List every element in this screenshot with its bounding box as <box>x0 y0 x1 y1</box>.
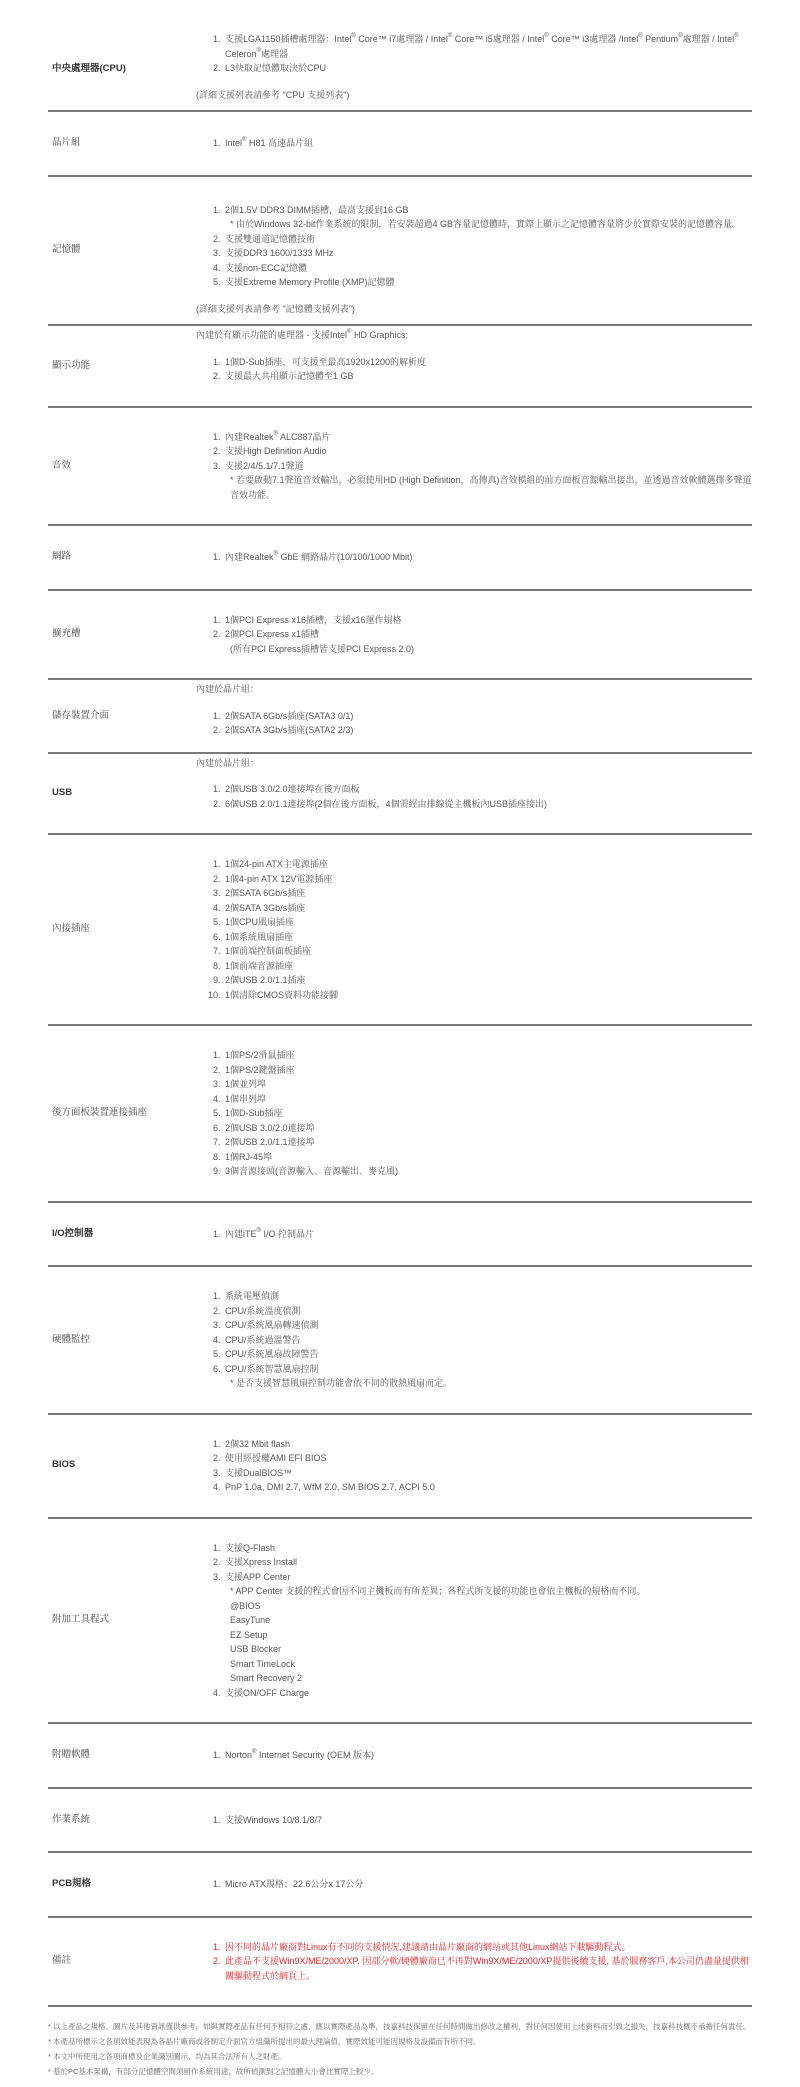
list-item: 內建Realtek® GbE 網路晶片(10/100/1000 Mbit) <box>223 550 752 565</box>
list-item-note: * 若要啟動7.1聲道音效輸出，必須使用HD (High Definition，… <box>225 473 752 502</box>
spec-row-memory: 記憶體 2個1.5V DDR3 DIMM插槽，最高支援到16 GB* 由於Win… <box>48 177 752 327</box>
app-center-app: Smart Recovery 2 <box>225 1671 752 1686</box>
row-content: Intel® H81 高速晶片組 <box>196 112 752 175</box>
list-item: 內建Realtek® ALC887晶片 <box>223 430 752 445</box>
row-label: 備註 <box>48 1954 196 1969</box>
row-label: 後方面板裝置連接插座 <box>48 1106 196 1121</box>
spec-list: Intel® H81 高速晶片組 <box>196 136 752 151</box>
list-item: 1個PCI Express x16插槽，支援x16運作規格 <box>223 613 752 628</box>
list-item: CPU/系統溫度偵測 <box>223 1304 752 1319</box>
row-content: 1個PS/2滑鼠插座 1個PS/2鍵盤插座 1個並列埠 1個串列埠 1個D-Su… <box>196 1026 752 1201</box>
row-content: 支援LGA1150插槽處理器：Intel® Core™ i7處理器 / Inte… <box>196 28 752 110</box>
storage-intro: 內建於晶片組： <box>196 682 752 697</box>
list-item: L3快取記憶體取決於CPU <box>223 61 752 76</box>
list-item: 支援DualBIOS™ <box>223 1466 752 1481</box>
list-item: 支援最大共用顯示記憶體至1 GB <box>223 369 752 384</box>
spec-list: 1個PCI Express x16插槽，支援x16運作規格 2個PCI Expr… <box>196 613 752 657</box>
row-label: 附贈軟體 <box>48 1748 196 1763</box>
app-center-app: USB Blocker <box>225 1642 752 1657</box>
list-item: Intel® H81 高速晶片組 <box>223 136 752 151</box>
spec-row-bundled-software: 附贈軟體 Norton® Internet Security (OEM 版本) <box>48 1724 752 1789</box>
list-item: 1個前端音源插座 <box>223 959 752 974</box>
spec-list: 1個24-pin ATX主電源插座 1個4-pin ATX 12V電源插座 2個… <box>196 857 752 1002</box>
spec-list: 2個32 Mbit flash 使用經授權AMI EFI BIOS 支援Dual… <box>196 1437 752 1495</box>
row-content: Micro ATX規格；22.6公分x 17公分 <box>196 1853 752 1916</box>
spec-list: Micro ATX規格；22.6公分x 17公分 <box>196 1877 752 1892</box>
spec-row-audio: 音效 內建Realtek® ALC887晶片 支援High Definition… <box>48 408 752 527</box>
list-item: 1個PS/2滑鼠插座 <box>223 1048 752 1063</box>
row-label: 儲存裝置介面 <box>48 709 196 724</box>
list-item: 1個24-pin ATX主電源插座 <box>223 857 752 872</box>
list-item: 2個USB 3.0/2.0連接埠在後方面板 <box>223 782 752 797</box>
row-label: 擴充槽 <box>48 627 196 642</box>
app-center-app: EZ Setup <box>225 1628 752 1643</box>
list-item: Micro ATX規格；22.6公分x 17公分 <box>223 1877 752 1892</box>
list-item: 支援LGA1150插槽處理器：Intel® Core™ i7處理器 / Inte… <box>223 32 752 61</box>
spec-list: 內建iTE® I/O 控制晶片 <box>196 1227 752 1242</box>
spec-row-internal-connectors: 內接插座 1個24-pin ATX主電源插座 1個4-pin ATX 12V電源… <box>48 835 752 1026</box>
app-center-app: EasyTune <box>225 1613 752 1628</box>
row-label: 附加工具程式 <box>48 1613 196 1628</box>
list-item: 2個SATA 3Gb/s插座 <box>223 901 752 916</box>
usb-intro: 內建於晶片組： <box>196 756 752 771</box>
row-content: 1個24-pin ATX主電源插座 1個4-pin ATX 12V電源插座 2個… <box>196 835 752 1024</box>
row-label: BIOS <box>48 1458 196 1473</box>
memory-support-list-note: (詳細支援列表請參考 "記憶體支援列表") <box>196 302 752 317</box>
row-content: 內建於晶片組： 2個USB 3.0/2.0連接埠在後方面板 6個USB 2.0/… <box>196 754 752 834</box>
footnote: * 以上產品之規格、圖片及其他資訊僅供參考，如與實際產品有任何不相符之處，應以實… <box>48 2019 752 2034</box>
spec-row-cpu: 中央處理器(CPU) 支援LGA1150插槽處理器：Intel® Core™ i… <box>48 28 752 112</box>
list-item: 1個4-pin ATX 12V電源插座 <box>223 872 752 887</box>
list-item: PnP 1.0a, DMI 2.7, WfM 2.0, SM BIOS 2.7,… <box>223 1480 752 1495</box>
list-item: CPU/系統風扇故障警告 <box>223 1347 752 1362</box>
list-item: 支援ON/OFF Charge <box>223 1686 752 1701</box>
list-item: 2個USB 2.0/1.1連接埠 <box>223 1135 752 1150</box>
list-item-text: 支援2/4/5.1/7.1聲道 <box>225 461 304 471</box>
spec-row-remark: 備註 因不同的晶片廠商對Linux有不同的支援情況,建議請由晶片廠商的網站或其他… <box>48 1918 752 2008</box>
spec-list: Norton® Internet Security (OEM 版本) <box>196 1748 752 1763</box>
spec-list: 因不同的晶片廠商對Linux有不同的支援情況,建議請由晶片廠商的網站或其他Lin… <box>196 1940 752 1984</box>
spec-row-storage: 儲存裝置介面 內建於晶片組： 2個SATA 6Gb/s插座(SATA3 0/1)… <box>48 680 752 754</box>
list-item: 2個SATA 6Gb/s插座 <box>223 886 752 901</box>
spec-list: 內建Realtek® ALC887晶片 支援High Definition Au… <box>196 430 752 503</box>
list-item: 6個USB 2.0/1.1連接埠(2個在後方面板，4個需經由排線從主機板內USB… <box>223 797 752 812</box>
spec-row-operating-system: 作業系統 支援Windows 10/8.1/8/7 <box>48 1789 752 1854</box>
list-item: 1個並列埠 <box>223 1077 752 1092</box>
list-item: 1個RJ-45埠 <box>223 1150 752 1165</box>
list-item: 2個SATA 3Gb/s插座(SATA2 2/3) <box>223 723 752 738</box>
list-item: 2個1.5V DDR3 DIMM插槽，最高支援到16 GB* 由於Windows… <box>223 203 752 232</box>
display-intro: 內建於有顯示功能的處理器 - 支援Intel® HD Graphics: <box>196 328 752 343</box>
list-item: CPU/系統過溫警告 <box>223 1333 752 1348</box>
list-item: 支援2/4/5.1/7.1聲道* 若要啟動7.1聲道音效輸出，必須使用HD (H… <box>223 459 752 503</box>
row-content: 內建Realtek® ALC887晶片 支援High Definition Au… <box>196 408 752 525</box>
spec-row-chipset: 晶片組 Intel® H81 高速晶片組 <box>48 112 752 177</box>
row-label: 網路 <box>48 550 196 565</box>
footnote: * 本文中所使用之各項商標及企業識別圖示，均為其合法所有人之財產。 <box>48 2049 752 2064</box>
list-item: 內建iTE® I/O 控制晶片 <box>223 1227 752 1242</box>
list-item: 支援Extreme Memory Profile (XMP)記憶體 <box>223 275 752 290</box>
list-item: 2個SATA 6Gb/s插座(SATA3 0/1) <box>223 709 752 724</box>
list-item-text: CPU/系統智慧風扇控制 <box>225 1364 319 1374</box>
list-item: 因不同的晶片廠商對Linux有不同的支援情況,建議請由晶片廠商的網站或其他Lin… <box>223 1940 752 1955</box>
spec-list: 支援LGA1150插槽處理器：Intel® Core™ i7處理器 / Inte… <box>196 32 752 76</box>
list-item-text: 2個PCI Express x1插槽 <box>225 629 319 639</box>
row-label: PCB規格 <box>48 1877 196 1892</box>
list-item: 2個PCI Express x1插槽(所有PCI Express插槽皆支援PCI… <box>223 627 752 656</box>
list-item: 1個D-Sub插座，可支援至最高1920x1200的解析度 <box>223 355 752 370</box>
list-item-text: 支援APP Center <box>225 1572 290 1582</box>
row-content: 因不同的晶片廠商對Linux有不同的支援情況,建議請由晶片廠商的網站或其他Lin… <box>196 1918 752 2006</box>
list-item: 支援雙通道記憶體技術 <box>223 232 752 247</box>
row-label: 內接插座 <box>48 922 196 937</box>
row-content: 2個32 Mbit flash 使用經授權AMI EFI BIOS 支援Dual… <box>196 1415 752 1517</box>
list-item: 支援Windows 10/8.1/8/7 <box>223 1813 752 1828</box>
list-item: 支援DDR3 1600/1333 MHz <box>223 246 752 261</box>
row-content: 支援Windows 10/8.1/8/7 <box>196 1789 752 1852</box>
row-content: 支援Q-Flash 支援Xpress Install 支援APP Center … <box>196 1519 752 1723</box>
spec-row-unique-features: 附加工具程式 支援Q-Flash 支援Xpress Install 支援APP … <box>48 1519 752 1725</box>
cpu-support-list-note: (詳細支援列表請參考 "CPU 支援列表") <box>196 88 752 103</box>
spec-row-usb: USB 內建於晶片組： 2個USB 3.0/2.0連接埠在後方面板 6個USB … <box>48 754 752 836</box>
spec-list: 支援Windows 10/8.1/8/7 <box>196 1813 752 1828</box>
row-content: 內建Realtek® GbE 網路晶片(10/100/1000 Mbit) <box>196 526 752 589</box>
footnote: * 基於PC基本架構，有部分記憶體空間須留作系統用途，故所偵測到之記憶體大小會比… <box>48 2064 752 2079</box>
spec-list: 1個PS/2滑鼠插座 1個PS/2鍵盤插座 1個並列埠 1個串列埠 1個D-Su… <box>196 1048 752 1179</box>
row-label: 記憶體 <box>48 243 196 258</box>
app-center-app: @BIOS <box>225 1599 752 1614</box>
list-item: 支援APP Center * APP Center 支援的程式會因不同主機板而有… <box>223 1570 752 1686</box>
row-label: 硬體監控 <box>48 1333 196 1348</box>
row-label: 晶片組 <box>48 136 196 151</box>
list-item: CPU/系統風扇轉速偵測 <box>223 1318 752 1333</box>
row-label: USB <box>48 786 196 801</box>
row-label: 作業系統 <box>48 1813 196 1828</box>
spec-list: 1個D-Sub插座，可支援至最高1920x1200的解析度 支援最大共用顯示記憶… <box>196 355 752 384</box>
list-item: 系統電壓偵測 <box>223 1289 752 1304</box>
list-item: 此產品不支援Win9X/ME/2000/XP, 因部分軟/硬體廠商已不再對Win… <box>223 1954 752 1983</box>
list-item: CPU/系統智慧風扇控制* 是否支援智慧風扇控制功能會依不同的散熱風扇而定。 <box>223 1362 752 1391</box>
spec-row-back-panel: 後方面板裝置連接插座 1個PS/2滑鼠插座 1個PS/2鍵盤插座 1個並列埠 1… <box>48 1026 752 1203</box>
row-label: 顯示功能 <box>48 359 196 374</box>
list-item: 使用經授權AMI EFI BIOS <box>223 1451 752 1466</box>
list-item-note: * APP Center 支援的程式會因不同主機板而有所差異；各程式所支援的功能… <box>225 1584 752 1599</box>
list-item: 2個USB 2.0/1.1插座 <box>223 973 752 988</box>
list-item: 1個D-Sub插座 <box>223 1106 752 1121</box>
list-item: 2個USB 3.0/2.0連接埠 <box>223 1121 752 1136</box>
list-item: 支援non-ECC記憶體 <box>223 261 752 276</box>
footnote: * 本產品所標示之各項效能表現為各晶片廠商或各制定介面官方組織所提出的最大理論值… <box>48 2034 752 2049</box>
row-content: 內建於有顯示功能的處理器 - 支援Intel® HD Graphics: 1個D… <box>196 326 752 406</box>
spec-list: 2個USB 3.0/2.0連接埠在後方面板 6個USB 2.0/1.1連接埠(2… <box>196 782 752 811</box>
spec-row-expansion-slots: 擴充槽 1個PCI Express x16插槽，支援x16運作規格 2個PCI … <box>48 591 752 681</box>
spec-row-form-factor: PCB規格 Micro ATX規格；22.6公分x 17公分 <box>48 1853 752 1918</box>
list-item-note: * 是否支援智慧風扇控制功能會依不同的散熱風扇而定。 <box>225 1376 752 1391</box>
list-item: 1個前端控制面板插座 <box>223 944 752 959</box>
row-label: 中央處理器(CPU) <box>48 62 196 77</box>
list-item: 3個音源接頭(音源輸入、音源輸出、麥克風) <box>223 1164 752 1179</box>
row-content: 2個1.5V DDR3 DIMM插槽，最高支援到16 GB* 由於Windows… <box>196 177 752 325</box>
list-item: 支援Xpress Install <box>223 1555 752 1570</box>
list-item: 2個32 Mbit flash <box>223 1437 752 1452</box>
list-item: 支援High Definition Audio <box>223 444 752 459</box>
spec-list: 2個SATA 6Gb/s插座(SATA3 0/1) 2個SATA 3Gb/s插座… <box>196 709 752 738</box>
row-label: 音效 <box>48 459 196 474</box>
list-item: 1個串列埠 <box>223 1092 752 1107</box>
spec-list: 2個1.5V DDR3 DIMM插槽，最高支援到16 GB* 由於Windows… <box>196 203 752 290</box>
spec-row-io-controller: I/O控制器 內建iTE® I/O 控制晶片 <box>48 1203 752 1268</box>
spec-list: 系統電壓偵測 CPU/系統溫度偵測 CPU/系統風扇轉速偵測 CPU/系統過溫警… <box>196 1289 752 1391</box>
spec-row-bios: BIOS 2個32 Mbit flash 使用經授權AMI EFI BIOS 支… <box>48 1415 752 1519</box>
app-center-app: Smart TimeLock <box>225 1657 752 1672</box>
spec-table: 中央處理器(CPU) 支援LGA1150插槽處理器：Intel® Core™ i… <box>48 28 752 2007</box>
row-content: 系統電壓偵測 CPU/系統溫度偵測 CPU/系統風扇轉速偵測 CPU/系統過溫警… <box>196 1267 752 1413</box>
spec-row-display: 顯示功能 內建於有顯示功能的處理器 - 支援Intel® HD Graphics… <box>48 326 752 408</box>
spec-row-hardware-monitor: 硬體監控 系統電壓偵測 CPU/系統溫度偵測 CPU/系統風扇轉速偵測 CPU/… <box>48 1267 752 1415</box>
list-item: 支援Q-Flash <box>223 1541 752 1556</box>
row-content: 1個PCI Express x16插槽，支援x16運作規格 2個PCI Expr… <box>196 591 752 679</box>
list-item: 1個CPU風扇插座 <box>223 915 752 930</box>
list-item: 1個PS/2鍵盤插座 <box>223 1063 752 1078</box>
spec-row-lan: 網路 內建Realtek® GbE 網路晶片(10/100/1000 Mbit) <box>48 526 752 591</box>
list-item-text: 2個1.5V DDR3 DIMM插槽，最高支援到16 GB <box>225 205 409 215</box>
row-content: 內建iTE® I/O 控制晶片 <box>196 1203 752 1266</box>
row-content: 內建於晶片組： 2個SATA 6Gb/s插座(SATA3 0/1) 2個SATA… <box>196 680 752 752</box>
spec-list: 支援Q-Flash 支援Xpress Install 支援APP Center … <box>196 1541 752 1701</box>
spec-list: 內建Realtek® GbE 網路晶片(10/100/1000 Mbit) <box>196 550 752 565</box>
row-content: Norton® Internet Security (OEM 版本) <box>196 1724 752 1787</box>
list-item: 1個清除CMOS資料功能接腳 <box>223 988 752 1003</box>
list-item: 1個系統風扇插座 <box>223 930 752 945</box>
footnotes: * 以上產品之規格、圖片及其他資訊僅供參考，如與實際產品有任何不相符之處，應以實… <box>48 2019 752 2087</box>
list-item-note: (所有PCI Express插槽皆支援PCI Express 2.0) <box>225 642 752 657</box>
list-item-note: * 由於Windows 32-bit作業系統的限制，若安裝超過4 GB容量記憶體… <box>225 217 752 232</box>
list-item: Norton® Internet Security (OEM 版本) <box>223 1748 752 1763</box>
row-label: I/O控制器 <box>48 1227 196 1242</box>
